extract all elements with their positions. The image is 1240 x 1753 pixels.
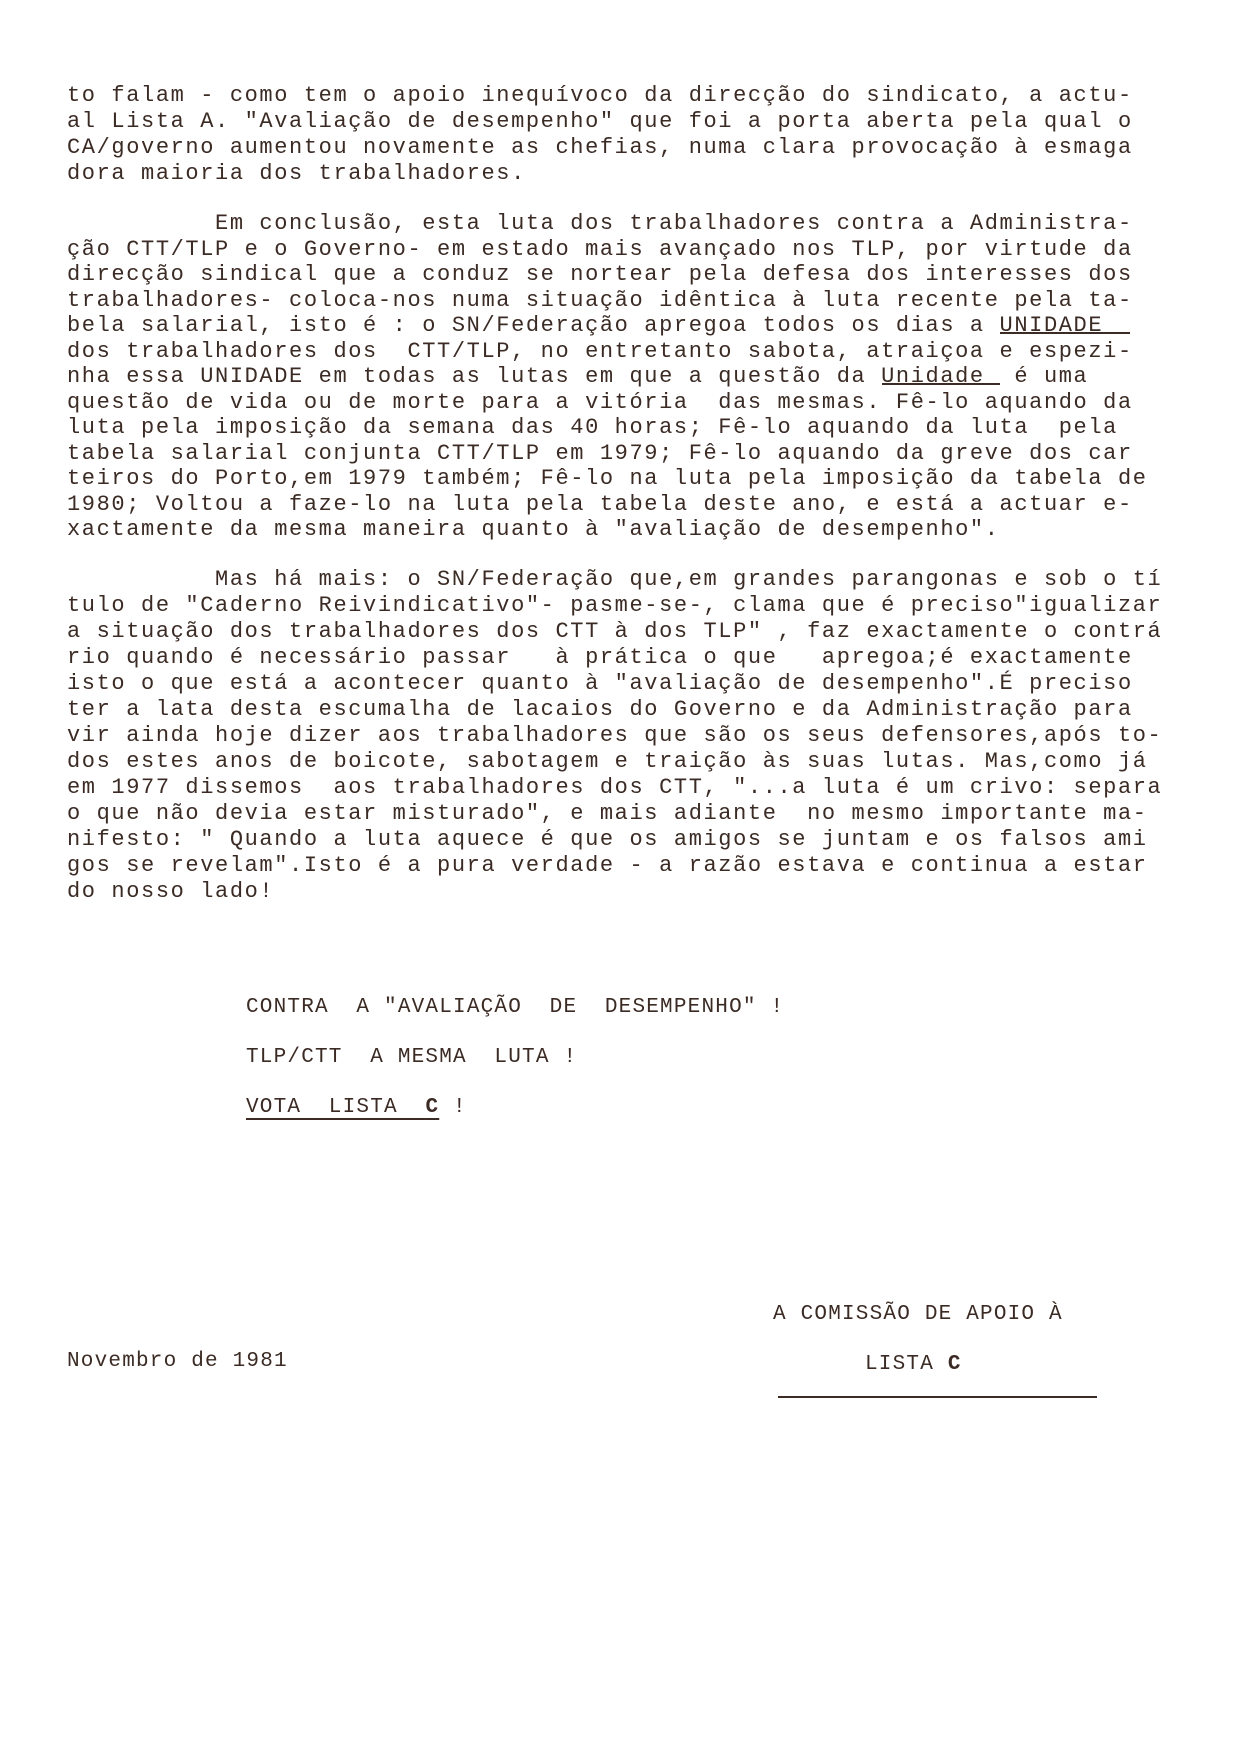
- signature-line-1: A COMISSÃO DE APOIO À: [773, 1302, 1063, 1328]
- list-letter: C: [425, 1096, 439, 1119]
- text-line: nha essa UNIDADE em todas as lutas em qu…: [67, 364, 1088, 390]
- text-line: Em conclusão, esta luta dos trabalhadore…: [67, 211, 1133, 237]
- signature-list-letter: C: [948, 1353, 962, 1376]
- text-line: teiros do Porto,em 1979 também; Fê-lo na…: [67, 466, 1148, 492]
- text-line: questão de vida ou de morte para a vitór…: [67, 390, 1133, 416]
- text-line: al Lista A. "Avaliação de desempenho" qu…: [67, 109, 1133, 135]
- text-line: tabela salarial conjunta CTT/TLP em 1979…: [67, 441, 1133, 467]
- text-line: dos estes anos de boicote, sabotagem e t…: [67, 749, 1148, 775]
- vote-text: VOTA LISTA C: [246, 1096, 439, 1119]
- document-date: Novembro de 1981: [67, 1349, 288, 1375]
- text-line: CA/governo aumentou novamente as chefias…: [67, 135, 1133, 161]
- text-line: dos trabalhadores dos CTT/TLP, no entret…: [67, 339, 1133, 365]
- text-line: vir ainda hoje dizer aos trabalhadores q…: [67, 723, 1162, 749]
- text-line: 1980; Voltou a faze-lo na luta pela tabe…: [67, 492, 1133, 518]
- text-line: o que não devia estar misturado", e mais…: [67, 801, 1148, 827]
- signature-rule: [778, 1396, 1097, 1398]
- text-line: do nosso lado!: [67, 879, 274, 905]
- text-line: xactamente da mesma maneira quanto à "av…: [67, 517, 1000, 543]
- signature-line-2: LISTA C: [865, 1352, 962, 1378]
- text-line: rio quando é necessário passar à prática…: [67, 645, 1133, 671]
- underline-unidade: [1000, 332, 1130, 334]
- slogan-line: CONTRA A "AVALIAÇÃO DE DESEMPENHO" !: [246, 995, 784, 1021]
- signature-list-label: LISTA: [865, 1353, 948, 1376]
- slogan-vote-line: VOTA LISTA C !: [246, 1095, 467, 1121]
- document-page: to falam - como tem o apoio inequívoco d…: [0, 0, 1240, 1753]
- text-line: gos se revelam".Isto é a pura verdade - …: [67, 853, 1148, 879]
- text-line: ção CTT/TLP e o Governo- em estado mais …: [67, 237, 1133, 263]
- text-line: to falam - como tem o apoio inequívoco d…: [67, 83, 1133, 109]
- vote-suffix: !: [439, 1096, 467, 1119]
- text-line: em 1977 dissemos aos trabalhadores dos C…: [67, 775, 1162, 801]
- slogan-line: TLP/CTT A MESMA LUTA !: [246, 1045, 577, 1071]
- text-line: ter a lata desta escumalha de lacaios do…: [67, 697, 1133, 723]
- text-line: direcção sindical que a conduz se nortea…: [67, 262, 1133, 288]
- text-line: tulo de "Caderno Reivindicativo"- pasme-…: [67, 593, 1162, 619]
- text-line: isto o que está a acontecer quanto à "av…: [67, 671, 1133, 697]
- text-line: luta pela imposição da semana das 40 hor…: [67, 415, 1118, 441]
- text-line: dora maioria dos trabalhadores.: [67, 161, 526, 187]
- text-line: Mas há mais: o SN/Federação que,em grand…: [67, 567, 1162, 593]
- text-line: trabalhadores- coloca-nos numa situação …: [67, 288, 1133, 314]
- text-line: bela salarial, isto é : o SN/Federação a…: [67, 313, 1103, 339]
- vote-prefix: VOTA LISTA: [246, 1096, 425, 1119]
- text-line: a situação dos trabalhadores dos CTT à d…: [67, 619, 1162, 645]
- underline-unidade-2: [882, 383, 1000, 385]
- text-line: nifesto: " Quando a luta aquece é que os…: [67, 827, 1148, 853]
